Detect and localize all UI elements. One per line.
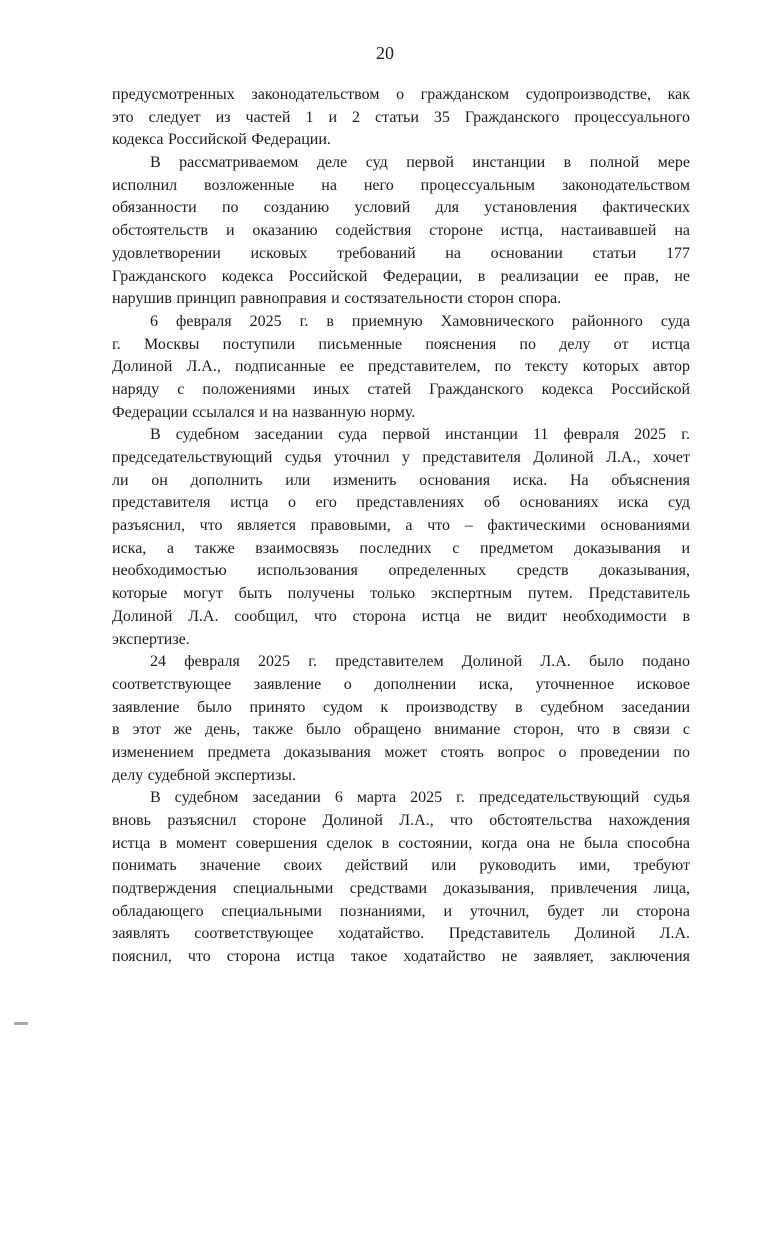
text-line: экспертизе. [112,629,690,652]
text-line: 6 февраля 2025 г. в приемную Хамовническ… [112,311,690,334]
text-line: соответствующее заявление о дополнении и… [112,674,690,697]
text-line: В рассматриваемом деле суд первой инстан… [112,152,690,175]
text-line: подтверждения специальными средствами до… [112,878,690,901]
text-line: В судебном заседании суда первой инстанц… [112,424,690,447]
text-line: в этот же день, также было обращено вним… [112,719,690,742]
text-line: иска, а также взаимосвязь последних с пр… [112,538,690,561]
text-line: вновь разъяснил стороне Долиной Л.А., чт… [112,810,690,833]
text-line: Гражданского кодекса Российской Федераци… [112,266,690,289]
text-line: необходимостью использования определенны… [112,560,690,583]
text-line: В судебном заседании 6 марта 2025 г. пре… [112,787,690,810]
text-line: заявлять соответствующее ходатайство. Пр… [112,923,690,946]
text-line: исполнил возложенные на него процессуаль… [112,175,690,198]
text-line: удовлетворении исковых требований на осн… [112,243,690,266]
text-line: 24 февраля 2025 г. представителем Долино… [112,651,690,674]
text-line: истца в момент совершения сделок в состо… [112,833,690,856]
text-line: г. Москвы поступили письменные пояснения… [112,334,690,357]
text-line: предусмотренных законодательством о граж… [112,84,690,107]
text-line: заявление было принято судом к производс… [112,697,690,720]
text-line: это следует из частей 1 и 2 статьи 35 Гр… [112,107,690,130]
text-line: кодекса Российской Федерации. [112,129,690,152]
text-line: понимать значение своих действий или рук… [112,855,690,878]
paragraph: В рассматриваемом деле суд первой инстан… [112,152,690,311]
paragraph: В судебном заседании суда первой инстанц… [112,424,690,651]
text-line: Долиной Л.А., подписанные ее представите… [112,356,690,379]
page-number: 20 [0,42,770,64]
text-line: председательствующий судья уточнил у пре… [112,447,690,470]
text-line: представителя истца о его представлениях… [112,492,690,515]
text-line: пояснил, что сторона истца такое ходатай… [112,946,690,969]
text-line: обстоятельств и оказанию содействия стор… [112,220,690,243]
text-line: изменением предмета доказывания может ст… [112,742,690,765]
text-line: ли он дополнить или изменить основания и… [112,470,690,493]
text-line: наряду с положениями иных статей Граждан… [112,379,690,402]
paragraph: 6 февраля 2025 г. в приемную Хамовническ… [112,311,690,424]
text-line: обладающего специальными познаниями, и у… [112,901,690,924]
document-page: 20 предусмотренных законодательством о г… [0,0,770,1246]
text-line: обязанности по созданию условий для уста… [112,197,690,220]
text-line: Федерации ссылался и на названную норму. [112,402,690,425]
paragraph: 24 февраля 2025 г. представителем Долино… [112,651,690,787]
paragraph: В судебном заседании 6 марта 2025 г. пре… [112,787,690,969]
document-body: предусмотренных законодательством о граж… [112,84,690,969]
text-line: Долиной Л.А. сообщил, что сторона истца … [112,606,690,629]
scan-artifact-dash [14,1022,28,1025]
paragraph: предусмотренных законодательством о граж… [112,84,690,152]
text-line: разъяснил, что является правовыми, а что… [112,515,690,538]
text-line: делу судебной экспертизы. [112,765,690,788]
text-line: которые могут быть получены только экспе… [112,583,690,606]
text-line: нарушив принцип равноправия и состязател… [112,288,690,311]
